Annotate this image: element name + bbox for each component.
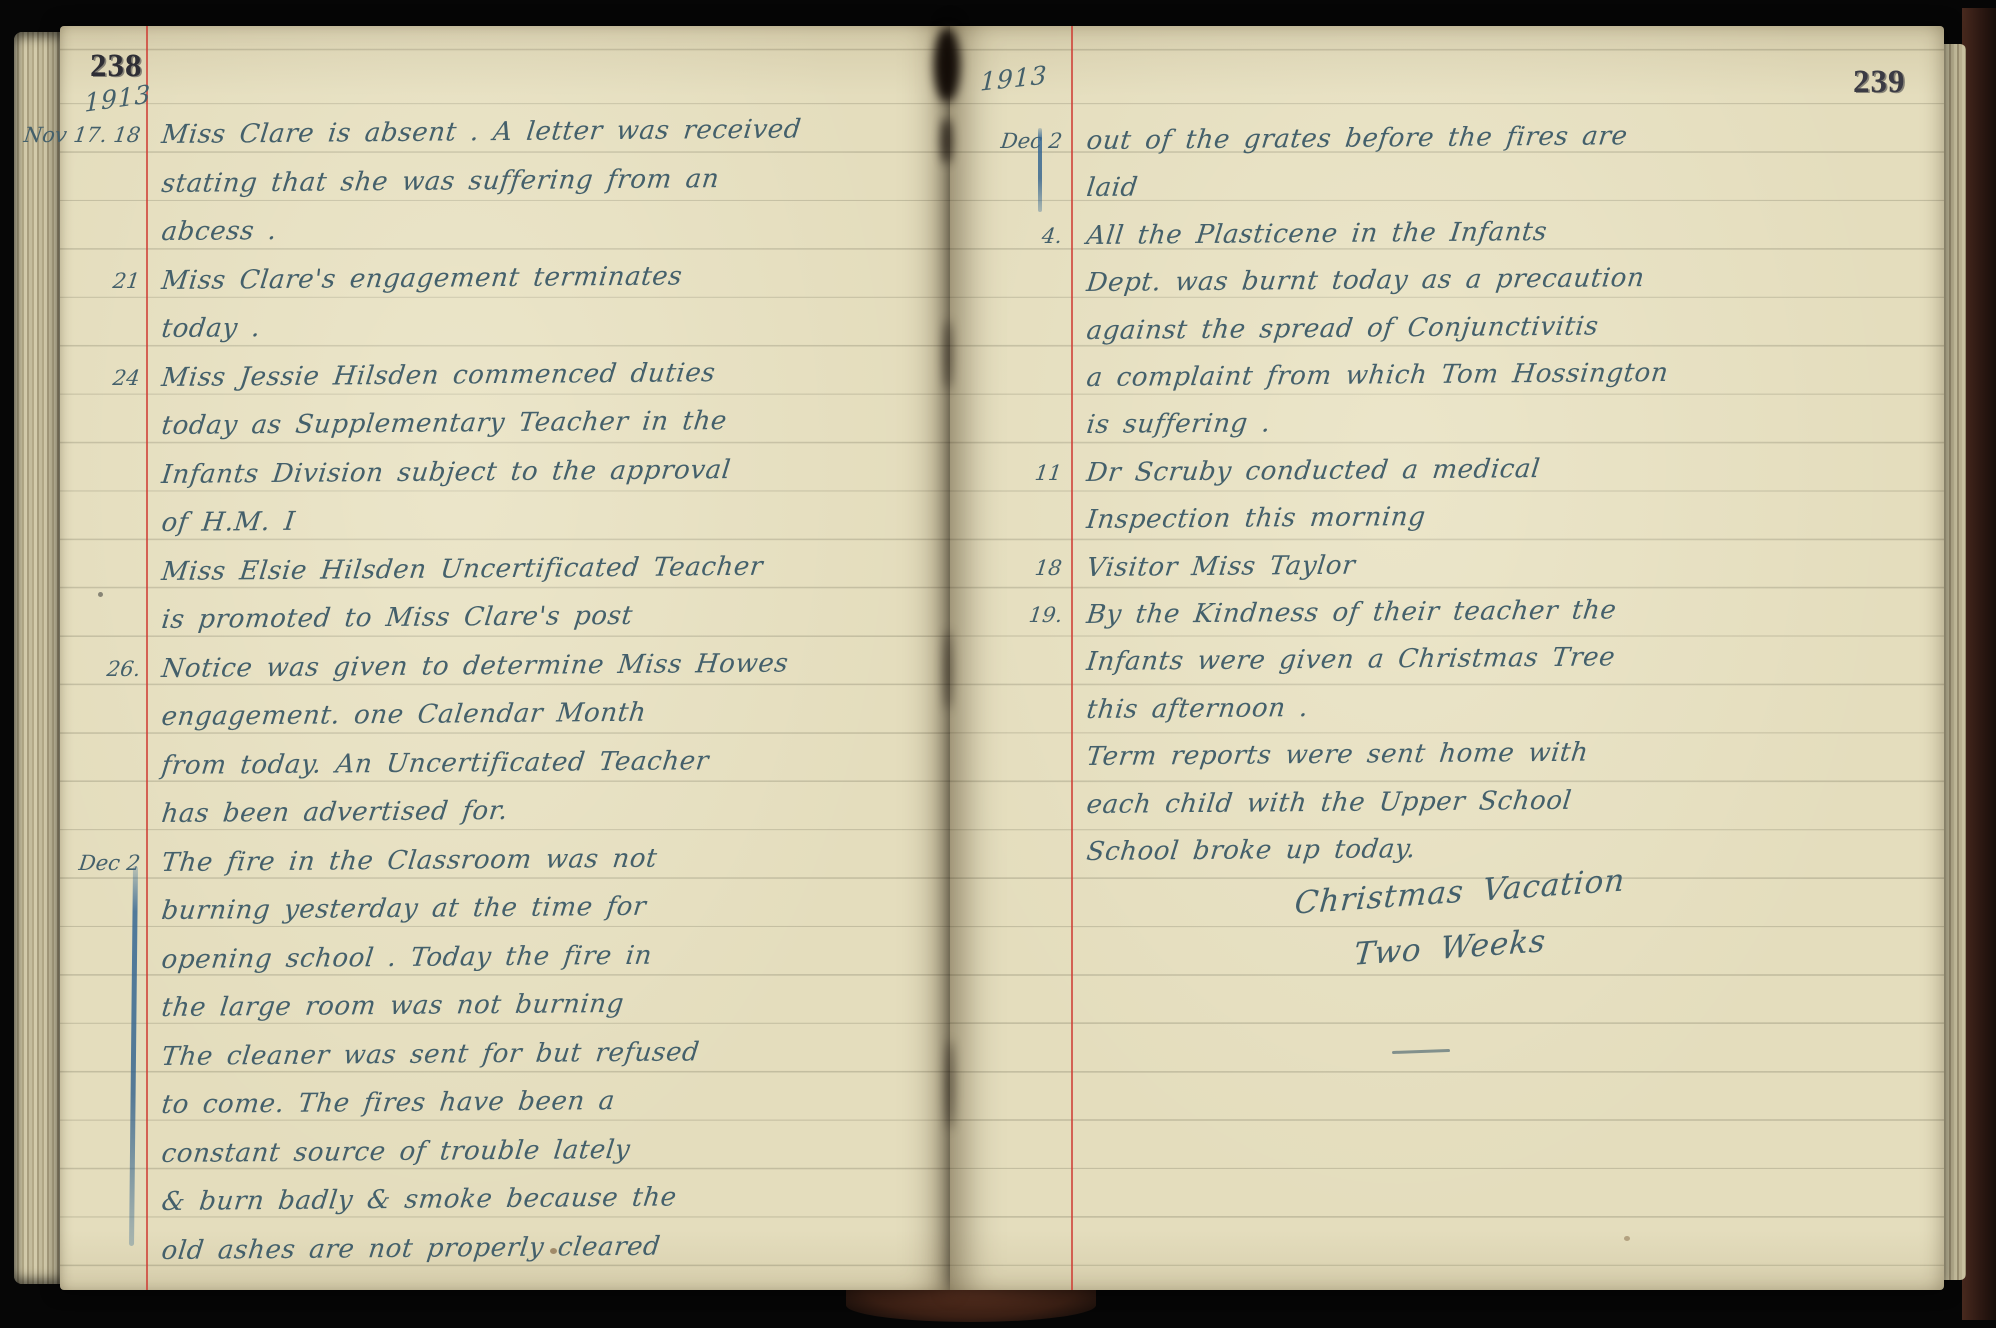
handwritten-text: to come. The fires have been a [160, 1086, 617, 1120]
logbook-line: from today. An Uncertificated Teacher [60, 733, 936, 784]
gutter-crease [934, 28, 960, 102]
paper-speck [550, 1248, 557, 1254]
logbook-line: Infants were given a Christmas Tree [950, 629, 1930, 680]
logbook-line: against the spread of Conjunctivitis [950, 298, 1930, 349]
logbook-line: constant source of trouble lately [60, 1121, 936, 1172]
handwritten-text: out of the grates before the fires are [1085, 121, 1629, 156]
margin-date-label: 24 [112, 366, 142, 390]
gutter-crease [944, 630, 952, 710]
logbook-line: is promoted to Miss Clare's post [60, 587, 936, 638]
logbook-line: Dept. was burnt today as a precaution [950, 250, 1930, 301]
handwritten-text: old ashes are not properly cleared [160, 1231, 662, 1265]
gutter-crease [946, 1040, 954, 1130]
logbook-page-right: 239 1913 Dec 2out of the grates before t… [950, 26, 1944, 1290]
handwritten-text: Term reports were sent home with [1085, 738, 1590, 772]
logbook-line: stating that she was suffering from an [60, 151, 936, 202]
handwritten-text: Inspection this morning [1085, 502, 1427, 535]
margin-date-label: 11 [1034, 461, 1064, 485]
logbook-line: burning yesterday at the time for [60, 878, 936, 929]
logbook-line: The cleaner was sent for but refused [60, 1024, 936, 1075]
logbook-line: 11Dr Scruby conducted a medical [950, 440, 1930, 491]
logbook-line: to come. The fires have been a [60, 1072, 936, 1123]
handwritten-text: this afternoon . [1085, 693, 1310, 725]
blue-annotation-mark-right [1038, 128, 1042, 212]
book-cover-edge [1962, 8, 1996, 1320]
handwritten-text: today as Supplementary Teacher in the [160, 406, 729, 441]
logbook-line: 18Visitor Miss Taylor [950, 535, 1930, 586]
logbook-line: Dec 2out of the grates before the fires … [950, 108, 1930, 159]
handwritten-text: Miss Elsie Hilsden Uncertificated Teache… [160, 551, 765, 586]
handwritten-text: School broke up today. [1085, 834, 1418, 867]
logbook-line: today . [60, 296, 936, 347]
handwritten-text: Miss Jessie Hilsden commenced duties [160, 358, 717, 393]
handwritten-text: By the Kindness of their teacher the [1085, 595, 1618, 630]
handwritten-text: constant source of trouble lately [160, 1134, 632, 1168]
handwritten-text: Miss Clare's engagement terminates [160, 261, 684, 296]
logbook-line: old ashes are not properly cleared [60, 1218, 936, 1269]
logbook-line: School broke up today. [950, 819, 1930, 870]
margin-date-label: Dec 2 [77, 851, 141, 875]
logbook-line: of H.M. I [60, 490, 936, 541]
logbook-line: 21Miss Clare's engagement terminates [60, 248, 936, 299]
handwritten-text: against the spread of Conjunctivitis [1085, 311, 1600, 345]
handwritten-text: each child with the Upper School [1085, 785, 1573, 819]
margin-date-label: 19. [1027, 603, 1063, 627]
handwritten-text: Dr Scruby conducted a medical [1085, 454, 1542, 488]
handwritten-text: today . [160, 313, 262, 344]
gutter-crease [944, 320, 952, 390]
logbook-line: is suffering . [950, 392, 1930, 443]
logbook-line: Miss Elsie Hilsden Uncertificated Teache… [60, 539, 936, 590]
logbook-line: opening school . Today the fire in [60, 927, 936, 978]
logbook-line: Infants Division subject to the approval [60, 442, 936, 493]
handwritten-text: Miss Clare is absent . A letter was rece… [160, 114, 803, 150]
handwritten-text: is suffering . [1085, 409, 1272, 441]
logbook-line: 24Miss Jessie Hilsden commenced duties [60, 345, 936, 396]
handwritten-text: stating that she was suffering from an [160, 164, 721, 199]
handwritten-text: Notice was given to determine Miss Howes [160, 648, 790, 683]
handwritten-text: the large room was not burning [160, 989, 626, 1023]
margin-date-label: 21 [112, 269, 142, 293]
handwritten-text: opening school . Today the fire in [160, 940, 654, 974]
logbook-line: 19.By the Kindness of their teacher the [950, 582, 1930, 633]
handwritten-text: engagement. one Calendar Month [160, 698, 648, 732]
handwritten-text: is promoted to Miss Clare's post [160, 601, 634, 635]
handwritten-text: Infants were given a Christmas Tree [1085, 643, 1617, 678]
handwritten-entries-right: Dec 2out of the grates before the fires … [950, 26, 1944, 1290]
handwritten-text: All the Plasticene in the Infants [1085, 217, 1549, 251]
handwritten-text: from today. An Uncertificated Teacher [160, 746, 710, 781]
handwritten-text: of H.M. I [160, 507, 297, 538]
logbook-line: a complaint from which Tom Hossington [950, 345, 1930, 396]
handwritten-text: Infants Division subject to the approval [160, 455, 732, 490]
logbook-line: Dec 2The fire in the Classroom was not [60, 830, 936, 881]
handwritten-text: laid [1085, 173, 1140, 203]
logbook-line: today as Supplementary Teacher in the [60, 393, 936, 444]
handwritten-text: The fire in the Classroom was not [160, 843, 659, 877]
handwritten-text: Dept. was burnt today as a precaution [1085, 263, 1646, 298]
logbook-line: & burn badly & smoke because the [60, 1169, 936, 1220]
book-spine-bottom [846, 1288, 1096, 1322]
margin-date-label: 18 [1034, 556, 1064, 580]
handwritten-text: & burn badly & smoke because the [160, 1183, 678, 1217]
margin-date-label: 26. [105, 657, 141, 681]
handwritten-text: has been advertised for. [160, 796, 510, 829]
logbook-line: Term reports were sent home with [950, 724, 1930, 775]
logbook-line: Nov 17. 18Miss Clare is absent . A lette… [60, 102, 936, 153]
logbook-line: 4.All the Plasticene in the Infants [950, 203, 1930, 254]
logbook-line: engagement. one Calendar Month [60, 684, 936, 735]
logbook-line: the large room was not burning [60, 975, 936, 1026]
logbook-line: laid [950, 155, 1930, 206]
margin-date-label: 4. [1040, 224, 1063, 248]
handwritten-text: abcess . [160, 216, 279, 247]
paper-speck [1624, 1236, 1630, 1241]
margin-date-label: Dec 2 [999, 129, 1063, 153]
logbook-line: has been advertised for. [60, 781, 936, 832]
logbook-line: this afternoon . [950, 677, 1930, 728]
logbook-page-left: 238 1913 Nov 17. 18Miss Clare is absent … [60, 26, 950, 1290]
handwritten-text: The cleaner was sent for but refused [160, 1037, 701, 1072]
handwritten-text: a complaint from which Tom Hossington [1085, 358, 1670, 393]
handwritten-text: burning yesterday at the time for [160, 892, 648, 926]
paper-speck [98, 592, 103, 597]
handwritten-entries-left: Nov 17. 18Miss Clare is absent . A lette… [60, 26, 950, 1290]
handwritten-text: Visitor Miss Taylor [1085, 550, 1357, 582]
left-page-edges [14, 32, 64, 1284]
margin-date-label: Nov 17. 18 [22, 123, 141, 147]
gutter-crease [941, 118, 952, 164]
logbook-line: each child with the Upper School [950, 772, 1930, 823]
logbook-line: abcess . [60, 199, 936, 250]
logbook-line: 26.Notice was given to determine Miss Ho… [60, 636, 936, 687]
logbook-line: Inspection this morning [950, 487, 1930, 538]
